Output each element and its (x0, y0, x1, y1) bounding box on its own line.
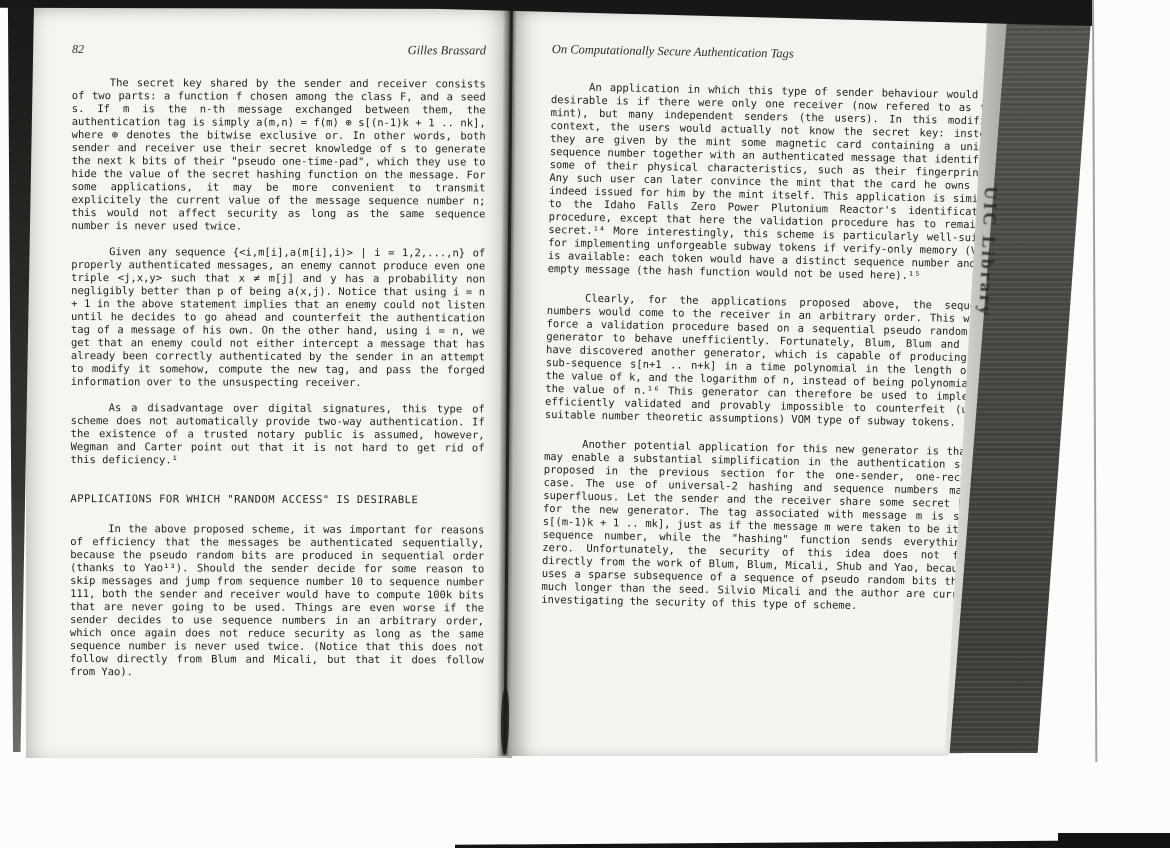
right-page-content: On Computationally Secure Authentication… (541, 42, 1000, 631)
paragraph: The secret key shared by the sender and … (71, 77, 486, 234)
left-page-content: 82 Gilles Brassard The secret key shared… (70, 42, 486, 693)
fore-edge-line (1092, 0, 1097, 762)
book-scan: 82 Gilles Brassard The secret key shared… (0, 0, 1170, 848)
paragraph: In the above proposed scheme, it was imp… (70, 523, 485, 680)
right-running-head: On Computationally Secure Authentication… (552, 42, 1000, 66)
paragraph: Clearly, for the applications proposed a… (545, 292, 995, 431)
paragraph: As a disadvantage over digital signature… (71, 402, 485, 468)
paragraph: An application in which this type of sen… (548, 81, 1000, 285)
left-page: 82 Gilles Brassard The secret key shared… (26, 6, 512, 758)
paragraph: Given any sequence {<i,m[i],a(m[i],i)> |… (71, 246, 485, 390)
page-number-left: 82 (72, 42, 84, 57)
right-page: On Computationally Secure Authentication… (512, 8, 1008, 756)
left-page-body: The secret key shared by the sender and … (70, 77, 486, 680)
paragraph: Another potential application for this n… (541, 438, 992, 616)
left-running-head: 82 Gilles Brassard (72, 42, 486, 58)
right-page-body: An application in which this type of sen… (541, 81, 999, 616)
section-heading: APPLICATIONS FOR WHICH "RANDOM ACCESS" I… (70, 493, 484, 507)
running-header-right: On Computationally Secure Authentication… (552, 42, 794, 62)
bottom-corner-shadow (1058, 833, 1170, 848)
running-header-left: Gilles Brassard (408, 43, 486, 58)
